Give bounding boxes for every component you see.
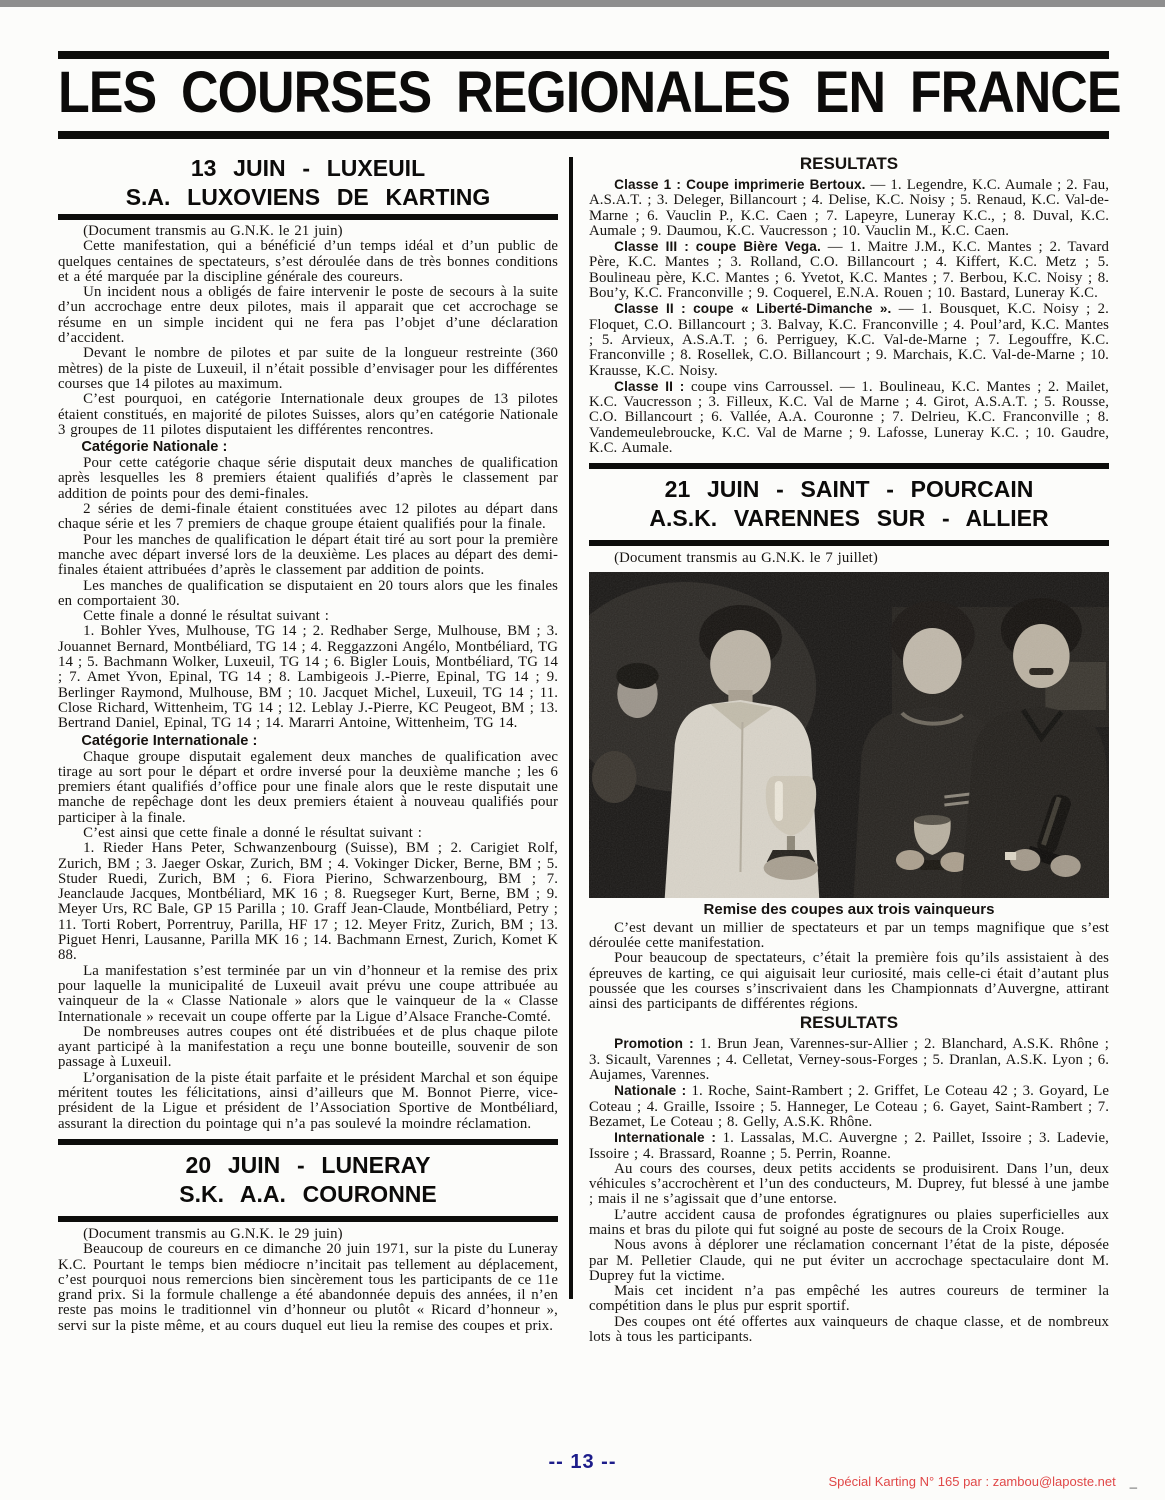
article-title-line2: S.A. LUXOVIENS DE KARTING — [58, 184, 558, 210]
paragraph: Pour les manches de qualification le dép… — [58, 533, 558, 579]
page-number: -- 13 -- — [0, 1451, 1165, 1474]
result-class-label: Promotion : — [614, 1036, 694, 1051]
column-divider — [569, 157, 573, 1299]
paragraph: Pour cette catégorie chaque série disput… — [58, 456, 558, 502]
article-header: 21 JUIN - SAINT - POURCAIN A.S.K. VARENN… — [589, 463, 1109, 546]
paragraph: Des coupes ont été offertes aux vainqueu… — [589, 1315, 1109, 1346]
paragraph: De nombreuses autres coupes ont été dist… — [58, 1025, 558, 1071]
masthead: LES COURSES REGIONALES EN FRANCE — [58, 51, 1109, 139]
paragraph: Les manches de qualification se disputai… — [58, 579, 558, 610]
paragraph: La manifestation s’est terminée par un v… — [58, 964, 558, 1025]
paragraph: Un incident nous a obligés de faire inte… — [58, 285, 558, 346]
result-entry: Promotion : 1. Brun Jean, Varennes-sur-A… — [589, 1036, 1109, 1083]
paragraph: 2 séries de demi-finale étaient constitu… — [58, 502, 558, 533]
section-rule — [58, 214, 558, 220]
paragraph: Mais cet incident n’a pas empêché les au… — [589, 1284, 1109, 1315]
paragraph: Pour beaucoup de spectateurs, c’était la… — [589, 951, 1109, 1012]
subhead-categorie-nationale: Catégorie Nationale : — [58, 439, 558, 455]
result-entry: Classe 1 : Coupe imprimerie Bertoux. — 1… — [589, 177, 1109, 239]
results-list-nationale: 1. Bohler Yves, Mulhouse, TG 14 ; 2. Red… — [58, 624, 558, 731]
result-class-label: Classe II : coupe « Liberté-Dimanche ». — [614, 301, 891, 316]
article-title-line2: A.S.K. VARENNES SUR - ALLIER — [589, 505, 1109, 531]
right-column: RESULTATS Classe 1 : Coupe imprimerie Be… — [589, 153, 1109, 1345]
paragraph: Beaucoup de coureurs en ce dimanche 20 j… — [58, 1242, 558, 1334]
left-column: 13 JUIN - LUXEUIL S.A. LUXOVIENS DE KART… — [58, 153, 558, 1345]
result-entry: Classe II : coupe « Liberté-Dimanche ». … — [589, 301, 1109, 378]
article-title-line1: 21 JUIN - SAINT - POURCAIN — [589, 476, 1109, 502]
article-luneray: 20 JUIN - LUNERAY S.K. A.A. COURONNE (Do… — [58, 1139, 558, 1334]
paragraph: L’autre accident causa de profondes égra… — [589, 1208, 1109, 1239]
article-title-line1: 13 JUIN - LUXEUIL — [58, 155, 558, 181]
paragraph: C’est pourquoi, en catégorie Internation… — [58, 392, 558, 438]
credit-text: Spécial Karting N° 165 par : — [829, 1474, 993, 1489]
email-link[interactable]: zambou@laposte.net — [993, 1474, 1116, 1489]
photo-caption: Remise des coupes aux trois vainqueurs — [589, 901, 1109, 918]
columns: 13 JUIN - LUXEUIL S.A. LUXOVIENS DE KART… — [58, 153, 1109, 1345]
results-heading: RESULTATS — [589, 154, 1109, 174]
article-luxeuil: 13 JUIN - LUXEUIL S.A. LUXOVIENS DE KART… — [58, 155, 558, 1132]
paragraph: C’est devant un millier de spectateurs e… — [589, 921, 1109, 952]
byline: (Document transmis au G.N.K. le 7 juille… — [589, 551, 1109, 566]
paragraph: Cette manifestation, qui a bénéficié d’u… — [58, 239, 558, 285]
result-entry: Nationale : 1. Roche, Saint-Rambert ; 2.… — [589, 1083, 1109, 1130]
result-class-label: Internationale : — [614, 1130, 716, 1145]
page-title: LES COURSES REGIONALES EN FRANCE — [58, 59, 1109, 126]
paragraph: Chaque groupe disputait egalement deux m… — [58, 750, 558, 826]
result-class-label: Classe 1 : Coupe imprimerie Bertoux. — [614, 177, 865, 192]
subhead-categorie-internationale: Catégorie Internationale : — [58, 733, 558, 749]
result-class-label: Classe III : coupe Bière Vega. — [614, 239, 821, 254]
paragraph: Devant le nombre de pilotes et par suite… — [58, 346, 558, 392]
result-entry: Classe III : coupe Bière Vega. — 1. Mait… — [589, 239, 1109, 301]
credit-line: Spécial Karting N° 165 par : zambou@lapo… — [829, 1474, 1137, 1489]
article-title-line2: S.K. A.A. COURONNE — [58, 1181, 558, 1207]
article-saint-pourcain: 21 JUIN - SAINT - POURCAIN A.S.K. VARENN… — [589, 463, 1109, 1345]
result-entry: Internationale : 1. Lassalas, M.C. Auver… — [589, 1130, 1109, 1162]
paragraph: Nous avons à déplorer une réclamation co… — [589, 1238, 1109, 1284]
resultats-luneray: RESULTATS Classe 1 : Coupe imprimerie Be… — [589, 154, 1109, 456]
article-title-line1: 20 JUIN - LUNERAY — [58, 1152, 558, 1178]
result-entry: Classe II : coupe vins Carroussel. — 1. … — [589, 379, 1109, 456]
paragraph: Cette finale a donné le résultat suivant… — [58, 609, 558, 624]
result-class-label: Classe II : — [614, 379, 684, 394]
byline: (Document transmis au G.N.K. le 29 juin) — [58, 1227, 558, 1242]
winners-photo — [589, 572, 1109, 898]
article-header: 20 JUIN - LUNERAY S.K. A.A. COURONNE — [58, 1139, 558, 1222]
scan-artifact: _ — [1130, 1474, 1137, 1489]
paragraph: Au cours des courses, deux petits accide… — [589, 1162, 1109, 1208]
result-class-label: Nationale : — [614, 1083, 686, 1098]
results-heading: RESULTATS — [589, 1013, 1109, 1033]
scan-edge — [0, 0, 1165, 7]
results-list-internationale: 1. Rieder Hans Peter, Schwanzenbourg (Su… — [58, 841, 558, 963]
byline: (Document transmis au G.N.K. le 21 juin) — [58, 224, 558, 239]
paragraph: C’est ainsi que cette finale a donné le … — [58, 826, 558, 841]
paragraph: L’organisation de la piste était parfait… — [58, 1071, 558, 1132]
